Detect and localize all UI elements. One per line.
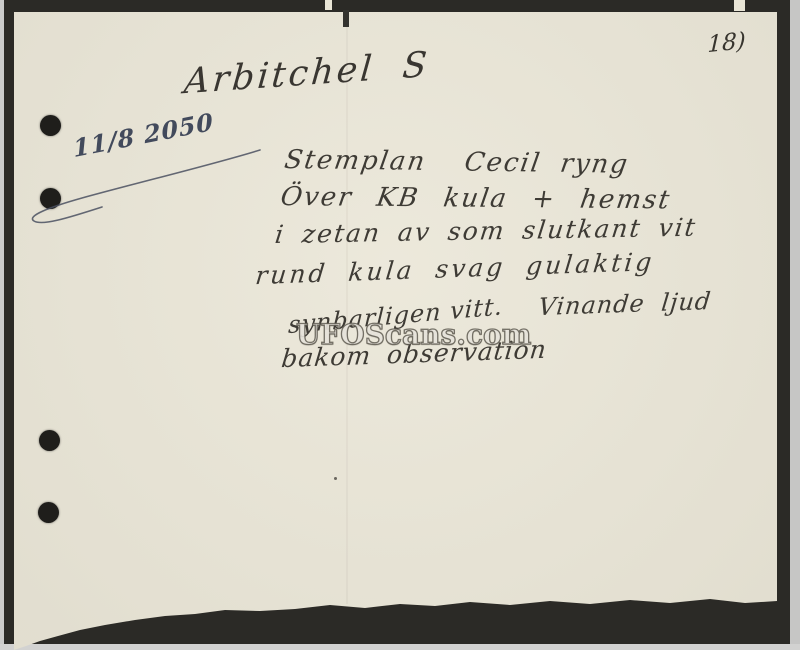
watermark: UFOScans.com [296,318,508,351]
handwriting-line: Över KB kula + hemst [279,182,674,215]
punch-hole [40,115,61,136]
scanner-edge-left [0,0,4,650]
page-number: 18) [707,28,746,58]
scanner-edge-right [790,0,800,650]
scanned-document-page: 18) Arbitchel S 11/8 2050 Stemplan Cecil… [0,0,800,650]
pen-flourish [20,140,280,230]
top-edge-notch [734,0,745,11]
punch-hole [39,430,60,451]
ink-speck [334,477,337,480]
scanner-edge-bottom [0,644,800,650]
top-edge-notch [325,0,332,10]
top-edge-tab [343,10,349,27]
punch-hole [38,502,59,523]
handwriting-line: Stemplan Cecil ryng [282,145,631,180]
